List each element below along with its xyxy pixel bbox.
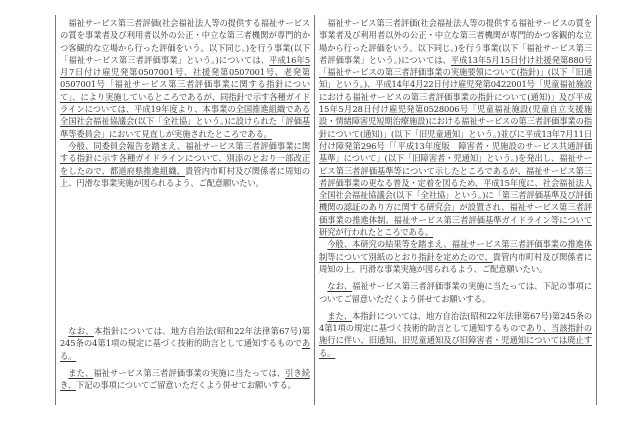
text-segment: 本指針については、地方自治法(昭和22年法律第67号)第245条の4第1項の規定… [60,326,310,348]
underlined-text-segment: なお、 [327,281,352,291]
right-paragraph-3: なお、福祉サービス第三者評価事業の実施に当たっては、下記の事項についてご留意いた… [319,280,592,305]
text-segment: 下記の事項についてご留意いただくよう併せてお願いする。 [76,380,296,390]
right-paragraph-4: また、本指針については、地方自治法(昭和22年法律第67号)第245条の4第1項… [319,310,592,359]
left-paragraph-1: 福祉サービス第三者評価(社会福祉法人等の提供する福祉サービスの質を事業者及び利用… [60,17,310,140]
text-segment: 福祉サービス第三者評価事業の実施に当たっては、 [93,368,285,378]
comparison-table: 福祉サービス第三者評価(社会福祉法人等の提供する福祉サービスの質を事業者及び利用… [55,15,597,405]
text-segment: 福祉サービス第三者評価事業の実施に当たっては、下記の事項についてご留意いただくよ… [319,281,592,303]
left-bottom-paragraphs: なお、本指針については、地方自治法(昭和22年法律第67号)第245条の4第1項… [60,325,310,391]
original-text-column: 福祉サービス第三者評価(社会福祉法人等の提供する福祉サービスの質を事業者及び利用… [315,15,596,405]
right-paragraph-1: 福祉サービス第三者評価(社会福祉法人等の提供する福祉サービスの質を事業者及び利用… [319,17,592,238]
underlined-text-segment: また、 [327,311,352,321]
underlined-text-segment: なお、 [68,326,94,336]
underlined-text-segment: 平成13年5月15日付け社援発第880号「福祉サービスの第三者評価事業の実施要領… [319,55,592,237]
revised-text-column: 福祉サービス第三者評価(社会福祉法人等の提供する福祉サービスの質を事業者及び利用… [56,15,315,405]
left-paragraph-3: なお、本指針については、地方自治法(昭和22年法律第67号)第245条の4第1項… [60,325,310,362]
underlined-text-segment: また、 [68,368,93,378]
right-paragraph-2: 今般、本研究の結果等を踏まえ、福祉サービス第三者評価事業の推進体制等について別紙… [319,238,592,275]
left-paragraph-4: また、福祉サービス第三者評価事業の実施に当たっては、引き続き、下記の事項について… [60,367,310,392]
left-paragraph-2: 今般、同委員会報告を踏まえ、福祉サービス第三者評価事業に関する指針に示す各種ガイ… [60,140,310,189]
underlined-text-segment: 平成16年5月7日付け雇児発第0507001号、社援発第0507001号、老発第… [60,55,310,139]
